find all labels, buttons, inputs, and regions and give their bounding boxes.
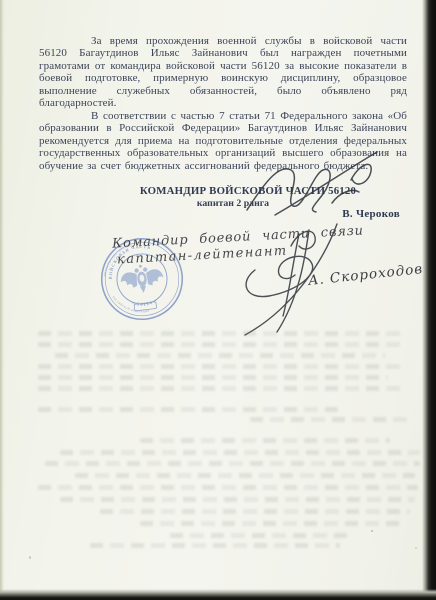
scanned-document-page: За время прохождения военной службы в во… (0, 0, 436, 600)
bleedthrough-line (38, 342, 406, 347)
dust-speck (29, 556, 31, 559)
bleedthrough-line (170, 533, 350, 538)
commander-signature-scrawl (235, 148, 385, 228)
dust-speck (371, 530, 373, 532)
bleedthrough-line (140, 521, 400, 526)
bleedthrough-line (38, 386, 406, 391)
bleedthrough-line (60, 450, 420, 455)
bleedthrough-line (55, 353, 385, 358)
stamp-inner-text-bottom: • 56120 • (131, 297, 159, 308)
double-eagle-icon (119, 262, 165, 295)
bleedthrough-line (100, 509, 410, 514)
bleedthrough-line (38, 331, 406, 336)
scan-edge-right (422, 0, 436, 600)
bleedthrough-line (140, 438, 390, 443)
bleedthrough-line (60, 497, 415, 502)
bleedthrough-line (38, 364, 406, 369)
bleedthrough-line (38, 485, 418, 490)
scan-edge-bottom (0, 589, 436, 600)
bleedthrough-line (75, 473, 415, 478)
bleedthrough-line (250, 417, 407, 422)
scan-edge-left (0, 0, 4, 600)
dust-speck (415, 547, 417, 549)
bleedthrough-line (90, 543, 340, 548)
bleedthrough-line (38, 375, 388, 380)
bleedthrough-line (38, 407, 338, 412)
paragraph-service-awards: За время прохождения военной службы в во… (39, 35, 407, 110)
bleedthrough-line (45, 461, 420, 466)
